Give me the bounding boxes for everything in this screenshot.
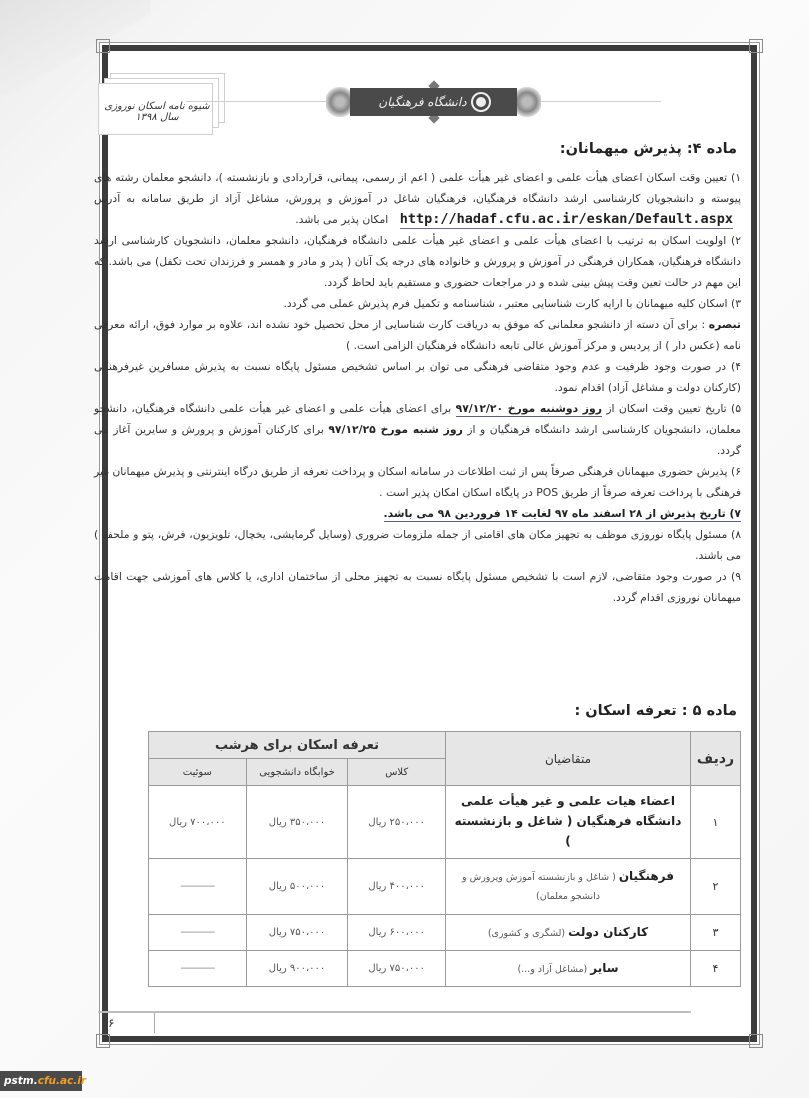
table-row: ۴ سایر (مشاغل آزاد و...) ۷۵۰،۰۰۰ ریال ۹۰… — [149, 951, 741, 987]
university-emblem-icon — [473, 94, 489, 110]
start-date-faculty: روز دوشنبه مورخ ۹۷/۱۲/۲۰ — [456, 402, 602, 417]
document-page-frame: شیوه نامه اسکان نوروزی سال ۱۳۹۸ دانشگاه … — [102, 45, 757, 1042]
start-date-others: روز شنبه مورخ ۹۷/۱۲/۲۵ — [328, 423, 462, 436]
article-4-title: ماده ۴: پذیرش میهمانان: — [94, 141, 741, 157]
article-4-section: ماده ۴: پذیرش میهمانان: ۱) تعیین وقت اسک… — [94, 141, 741, 608]
article-5-section: ماده ۵ : تعرفه اسکان : ردیف متقاضیان تعر… — [148, 703, 741, 987]
header-applicants: متقاضیان — [446, 732, 691, 786]
clause-1: ۱) تعیین وقت اسکان اعضای هیأت علمی و اعض… — [94, 167, 741, 230]
frame-corner-ornament — [749, 39, 763, 53]
header-nightly-rate: تعرفه اسکان برای هرشب — [149, 732, 446, 759]
clause-2: ۲) اولویت اسکان به ترتیب با اعضای هیأت ع… — [94, 230, 741, 293]
footer-tick — [154, 1013, 155, 1033]
article-5-title: ماده ۵ : تعرفه اسکان : — [148, 703, 741, 719]
header-suite: سوئیت — [149, 759, 247, 786]
table-row: ۳ کارکنان دولت (لشگری و کشوری) ۶۰۰،۰۰۰ ر… — [149, 915, 741, 951]
clause-8: ۸) مسئول پایگاه نوروزی موظف به تجهیز مکا… — [94, 524, 741, 566]
tariff-table: ردیف متقاضیان تعرفه اسکان برای هرشب کلاس… — [148, 731, 741, 987]
clause-9: ۹) در صورت وجود متقاضی، لازم است با تشخی… — [94, 566, 741, 608]
header-dorm: خوابگاه دانشجویی — [246, 759, 348, 786]
clause-3: ۳) اسکان کلیه میهمانان با ارایه کارت شنا… — [94, 293, 741, 314]
header-radif: ردیف — [691, 732, 741, 786]
header-class: کلاس — [348, 759, 446, 786]
table-row: ۲ فرهنگیان ( شاغل و بازنشسته آموزش وپرور… — [149, 859, 741, 915]
university-name: دانشگاه فرهنگیان — [378, 95, 466, 109]
note-label: تبصره — [709, 318, 741, 331]
note: تبصره : برای آن دسته از دانشجو معلمانی ک… — [94, 314, 741, 356]
table-row: ۱ اعضاء هیات علمی و غیر هیأت علمی دانشگا… — [149, 786, 741, 859]
clause-4: ۴) در صورت وجود ظرفیت و عدم وجود متقاضی … — [94, 356, 741, 398]
ornament-icon — [513, 86, 541, 118]
clause-5: ۵) تاریخ تعیین وقت اسکان از روز دوشنبه م… — [94, 398, 741, 461]
university-logo-banner: دانشگاه فرهنگیان — [326, 82, 541, 122]
clause-7: ۷) تاریخ پذیرش از ۲۸ اسفند ماه ۹۷ لغایت … — [94, 503, 741, 524]
footer-divider — [98, 1011, 691, 1013]
clause-6: ۶) پذیرش حضوری میهمانان فرهنگی صرفاً پس … — [94, 461, 741, 503]
page-number: ۶ — [108, 1016, 114, 1030]
frame-corner-ornament — [96, 1034, 110, 1048]
frame-corner-ornament — [96, 39, 110, 53]
booking-system-link[interactable]: http://hadaf.cfu.ac.ir/eskan/Default.asp… — [400, 211, 733, 229]
site-watermark: pstm.cfu.ac.ir — [0, 1071, 82, 1091]
document-title: شیوه نامه اسکان نوروزی سال ۱۳۹۸ — [102, 101, 212, 123]
frame-corner-ornament — [749, 1034, 763, 1048]
